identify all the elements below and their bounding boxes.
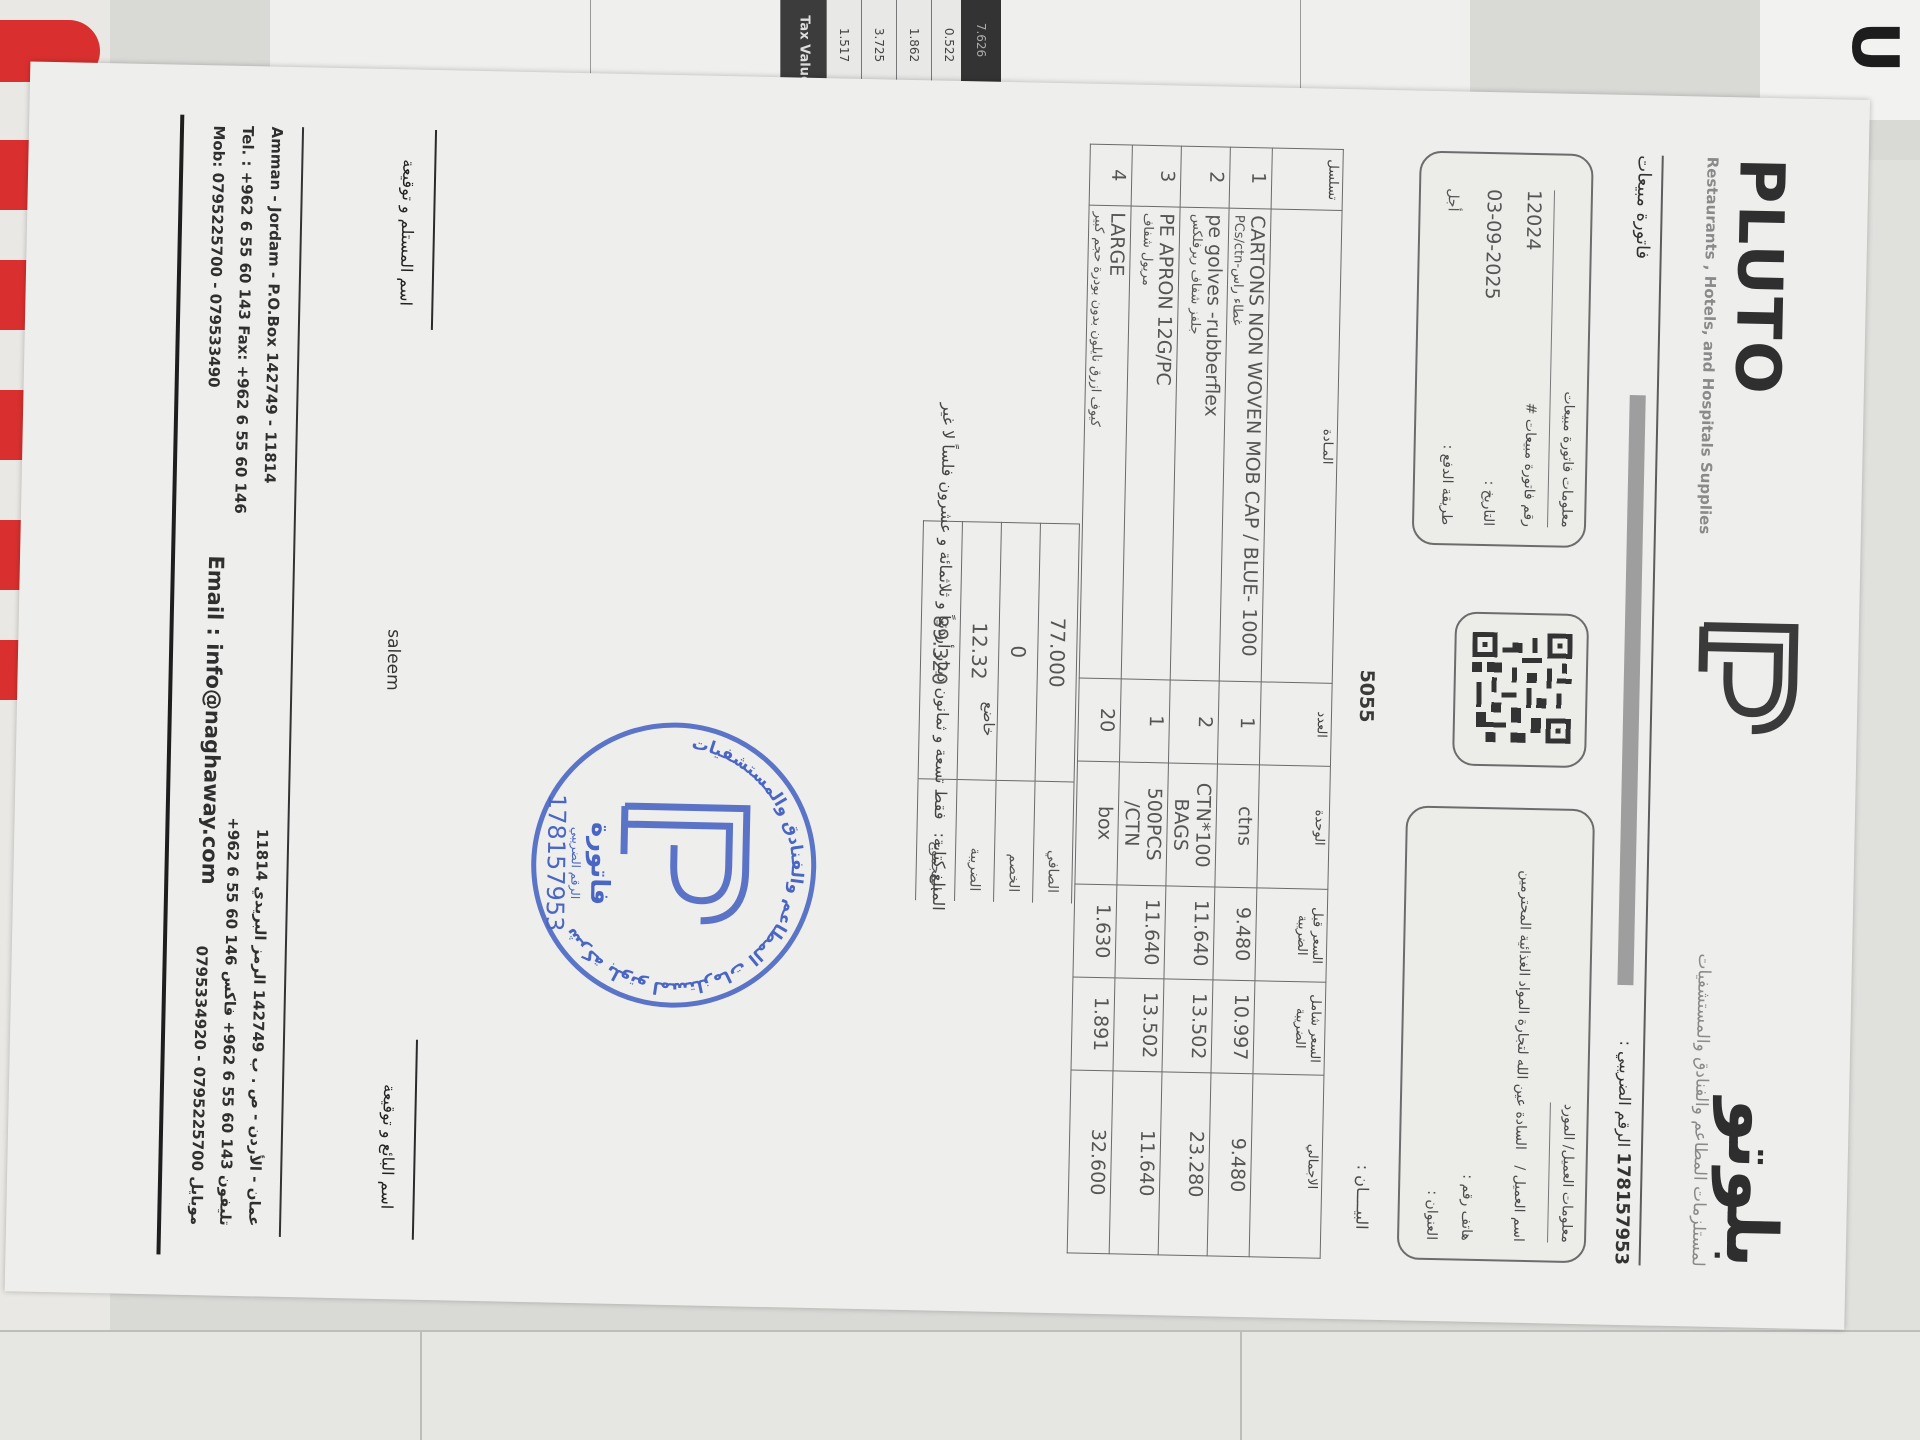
invoice-page: PLUTO Restaurants , Hotels, and Hospital… — [5, 61, 1870, 1329]
footer-bottom-rule — [156, 115, 184, 1255]
cell-item: PE APRON 12G/PCمريول شفاف — [1121, 206, 1180, 680]
stamp-word: فاتورة — [584, 822, 616, 906]
cell-total: 23.280 — [1158, 1072, 1211, 1256]
invoice-info-box: معلومات فاتورة مبيعات رقم فاتورة مبيعات … — [1412, 151, 1594, 549]
footer-contact-en: Amman - Jordam - P.O.Box 142749 - 11814 … — [196, 125, 291, 515]
tax-label: الضريبة — [955, 780, 997, 902]
col-price-before-tax: السعر قبل الضريبة — [1255, 888, 1328, 982]
col-qty: العدد — [1259, 682, 1332, 766]
qr-code-icon — [1470, 632, 1572, 744]
amount-in-words-label: المبلغ كتابة: — [929, 832, 950, 910]
customer-phone-label: هاتف رقم : — [1458, 1174, 1475, 1241]
customer-info-box: معلومات العميل/ المورد اسم العميل / السا… — [1397, 805, 1595, 1263]
invoice-number: 12024 — [1522, 190, 1545, 251]
cell-price-before-tax: 1.630 — [1073, 884, 1117, 978]
cell-price-before-tax: 11.640 — [1115, 885, 1166, 979]
invoice-date-label: التاريخ : — [1480, 480, 1497, 526]
cell-serial: 2 — [1180, 146, 1230, 208]
receiver-signature-label: اسم المستلم و توقيعة — [396, 159, 418, 306]
brand-logo-en: PLUTO Restaurants , Hotels, and Hospital… — [1696, 157, 1799, 537]
customer-info-heading: معلومات العميل/ المورد — [1558, 1104, 1577, 1243]
divider — [1547, 1103, 1551, 1243]
cell-unit: box — [1075, 761, 1120, 885]
col-total: الاجمالي — [1249, 1074, 1324, 1258]
cell-unit: CTN*100 BAGS — [1166, 763, 1218, 887]
col-unit: الوحدة — [1257, 765, 1331, 889]
cell-serial: 3 — [1131, 145, 1181, 207]
brand-tagline-en: Restaurants , Hotels, and Hospitals Supp… — [1696, 157, 1722, 535]
company-stamp-icon: شركة بلوتو لمستلزمات المطاعم والفنادق وا… — [521, 712, 827, 1018]
background-box-bottom — [0, 1330, 1920, 1440]
cell-price-incl-tax: 10.997 — [1211, 980, 1255, 1074]
seller-name: saleem — [382, 629, 403, 691]
items-table: تسلسل المـادة العدد الوحدة السعر قبل الض… — [1067, 144, 1344, 1259]
cell-price-before-tax: 11.640 — [1164, 886, 1215, 980]
header-divider — [1639, 156, 1664, 1266]
seller-signature-line — [412, 1040, 418, 1240]
header-grey-bar — [1617, 395, 1645, 985]
cell-qty: 2 — [1168, 680, 1219, 764]
invoice-number-label: رقم فاتورة مبيعات # — [1520, 403, 1539, 527]
discount-label: الخصم — [994, 780, 1036, 902]
cell-qty: 1 — [1119, 679, 1170, 763]
divider — [1547, 190, 1555, 527]
invoice-document: PLUTO Restaurants , Hotels, and Hospital… — [5, 61, 1870, 1329]
brand-name-ar: بلوتو — [1716, 954, 1793, 1269]
customer-name: السادة عين الله لتجارة المواد الغذائية ا… — [1512, 870, 1534, 1150]
cell-serial: 1 — [1229, 147, 1272, 209]
brand-name-en: PLUTO — [1718, 157, 1799, 536]
totals-row-net: 77.000 الصافي — [1033, 523, 1080, 903]
qr-code-box — [1452, 611, 1589, 768]
net-label: الصافي — [1033, 781, 1075, 903]
footer-contact-ar: عمان - الأردن - ص . ب 142749 الرمز البري… — [181, 816, 277, 1226]
totals-row-discount: 0 الخصم — [994, 522, 1041, 902]
cell-qty: 20 — [1077, 678, 1121, 762]
customer-name-label: اسم العميل / — [1510, 1165, 1528, 1242]
reference-number: 5055 — [1355, 669, 1378, 722]
stamp-tax-number: 178157953 — [540, 794, 571, 932]
net-amount: 77.000 — [1035, 523, 1079, 782]
brand-logo-ar: بلوتو لمستلزمات المطاعم والفنادق والمستش… — [1688, 953, 1793, 1268]
tax-amount: 12.32 — [957, 522, 1001, 781]
taxable-label: خاضع — [979, 701, 998, 736]
document-title: فاتورة مبيعات — [1632, 155, 1655, 259]
cell-total: 11.640 — [1109, 1071, 1162, 1255]
customer-address-label: العنوان : — [1423, 1190, 1440, 1240]
cell-unit: 500PCS /CTN — [1117, 762, 1169, 886]
discount-amount: 0 — [996, 522, 1040, 781]
seller-signature-label: اسم البائع و توقيعة — [377, 1084, 399, 1209]
cell-qty: 1 — [1217, 681, 1261, 765]
cell-serial: 4 — [1089, 144, 1132, 206]
cell-price-incl-tax: 13.502 — [1162, 979, 1213, 1073]
invoice-info-heading: معلومات فاتورة مبيعات — [1558, 391, 1577, 528]
cell-price-incl-tax: 1.891 — [1071, 977, 1115, 1071]
col-item: المـادة — [1261, 209, 1342, 683]
receiver-signature-line — [431, 130, 437, 330]
cell-price-incl-tax: 13.502 — [1113, 978, 1164, 1072]
cell-price-before-tax: 9.480 — [1213, 887, 1257, 981]
cell-unit: ctns — [1215, 764, 1260, 888]
payment-method: أجل — [1445, 188, 1461, 211]
tax-number: 178157953 الرقم الضريبي : — [1611, 1040, 1637, 1265]
cell-item: pe golves -rubberflexجلفز شفاف ربرفلكس — [1170, 207, 1229, 681]
cell-total: 9.480 — [1207, 1073, 1253, 1257]
invoice-date: 03-09-2025 — [1481, 189, 1505, 300]
col-price-incl-tax: السعر شامل الضريبة — [1253, 981, 1326, 1075]
statement-label: البيــــان : — [1352, 1165, 1372, 1230]
col-serial: تسلسل — [1271, 148, 1343, 210]
payment-method-label: طريقة الدفع : — [1438, 444, 1456, 525]
cell-total: 32.600 — [1067, 1070, 1113, 1254]
pluto-monogram-icon — [1692, 616, 1804, 738]
